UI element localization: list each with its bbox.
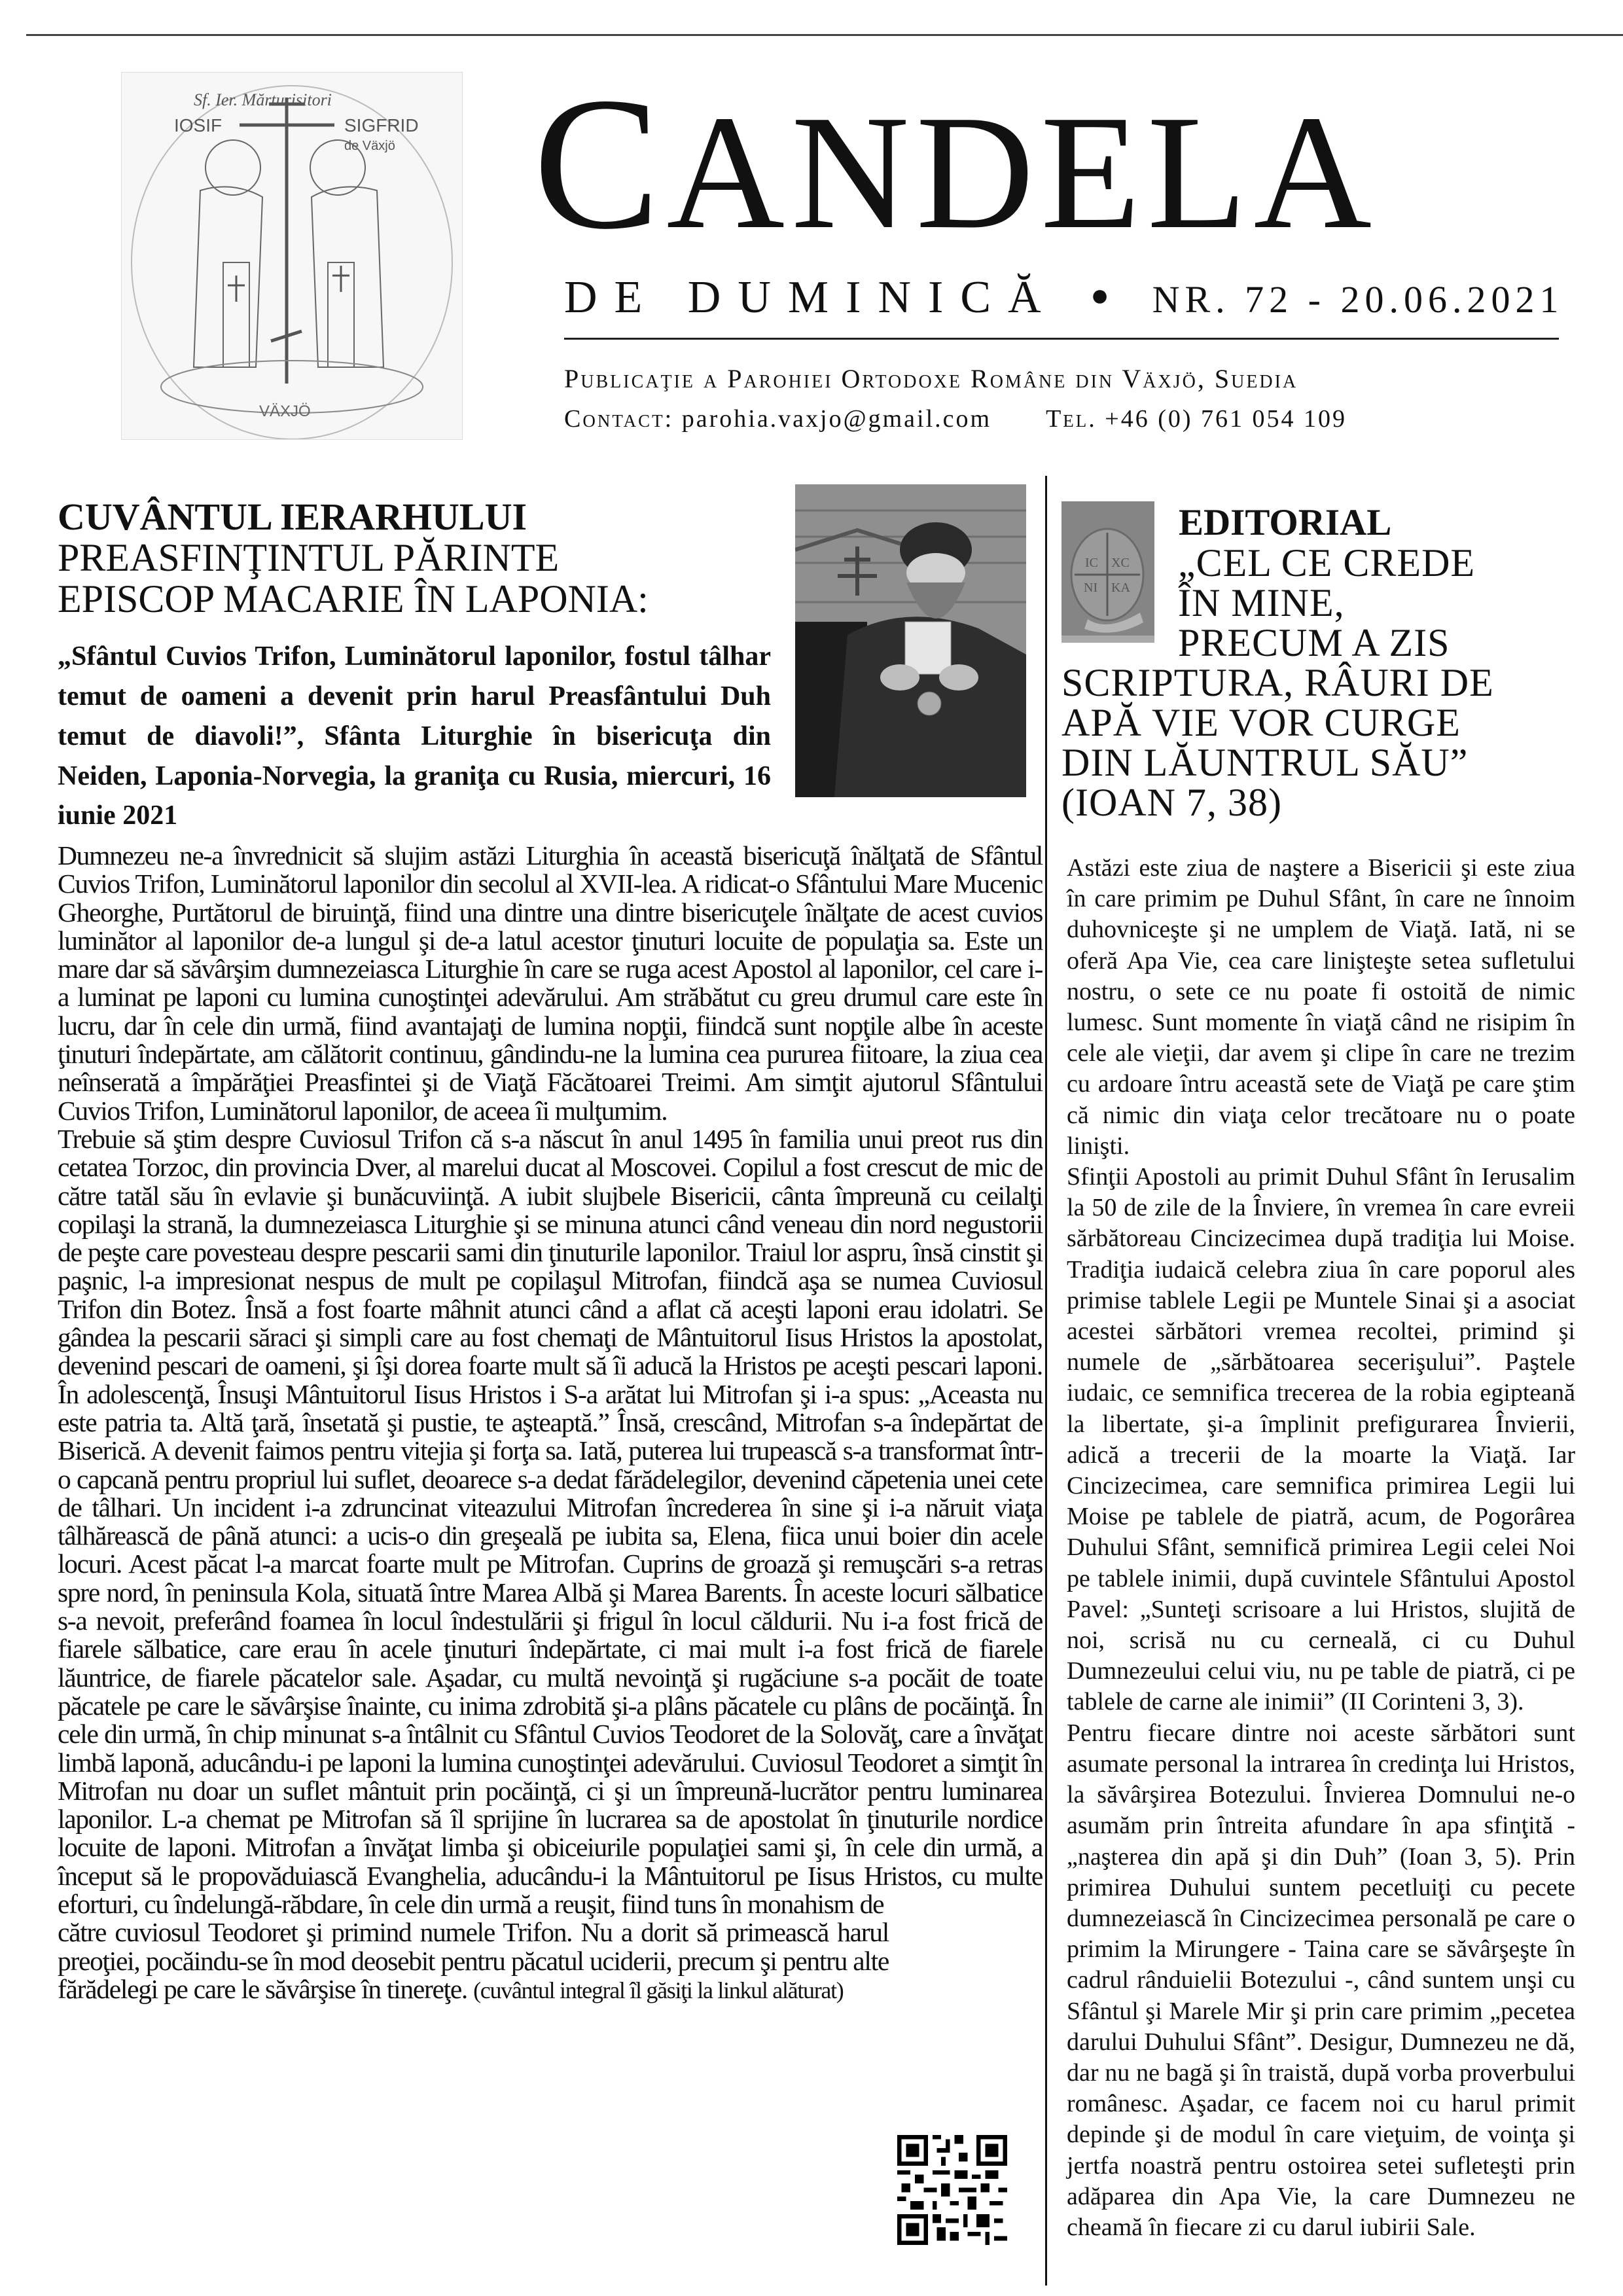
contact-label: Contact: — [564, 405, 673, 433]
editorial-title-line: „CEL CE CREDE — [1061, 543, 1578, 583]
paragraph: Dumnezeu ne-a învrednicit să slujim astă… — [58, 842, 1043, 1125]
editorial-title-line: ÎN MINE, — [1061, 583, 1578, 623]
bishop-portrait-icon — [795, 484, 1026, 797]
issue-number-date: NR. 72 - 20.06.2021 — [1152, 278, 1564, 321]
paragraph: Pentru fiecare dintre noi aceste sărbăto… — [1067, 1718, 1575, 2243]
svg-text:VÄXJÖ: VÄXJÖ — [259, 403, 311, 420]
editorial-title-line: SCRIPTURA, RÂURI DE — [1061, 663, 1578, 703]
editorial-title-line: APĂ VIE VOR CURGE — [1061, 703, 1578, 743]
saints-sketch-icon: Sf. Ier. Mărturisitori IOSIF SIGFRID de … — [122, 73, 462, 439]
contact-line: Contact: parohia.vaxjo@gmail.com Tel. +4… — [564, 404, 1572, 433]
article-subhead: „Sfântul Cuvios Trifon, Luminătorul lapo… — [58, 637, 771, 836]
top-rule — [26, 34, 1623, 36]
svg-text:IOSIF: IOSIF — [174, 115, 222, 135]
bishop-photo — [795, 484, 1026, 797]
editorial-body: Astăzi este ziua de naştere a Bisericii … — [1067, 853, 1575, 2243]
phone-label: Tel. — [1046, 405, 1097, 433]
publisher-line: Publicaţie a Parohiei Ortodoxe Române di… — [564, 363, 1572, 394]
paragraph: Trebuie să ştim despre Cuviosul Trifon c… — [58, 1125, 1043, 1918]
masthead-title: CANDELA — [533, 69, 1554, 259]
masthead-rule — [564, 338, 1559, 340]
svg-text:de Växjö: de Växjö — [344, 139, 395, 153]
read-more-note: (cuvântul integral îl găsiţi la linkul a… — [473, 1977, 843, 2003]
editorial-kicker: EDITORIAL — [1179, 504, 1391, 541]
svg-text:SIGFRID: SIGFRID — [344, 115, 419, 135]
svg-text:Sf. Ier. Mărturisitori: Sf. Ier. Mărturisitori — [194, 90, 332, 109]
editorial-title-line: DIN LĂUNTRUL SĂU” — [1061, 743, 1578, 783]
bullet-icon: ● — [1090, 278, 1109, 313]
hierarch-article-body: Dumnezeu ne-a învrednicit să slujim astă… — [58, 842, 1043, 2005]
paragraph: Sfinţii Apostoli au primit Duhul Sfânt î… — [1067, 1162, 1575, 1718]
column-divider — [1045, 476, 1047, 2286]
phone-number[interactable]: +46 (0) 761 054 109 — [1105, 405, 1347, 433]
editorial-title-line: PRECUM A ZIS — [1061, 623, 1578, 663]
saints-icon-drawing: Sf. Ier. Mărturisitori IOSIF SIGFRID de … — [121, 72, 463, 440]
masthead-subtitle: DE DUMINICĂ ● NR. 72 - 20.06.2021 — [564, 275, 1572, 321]
paragraph: Astăzi este ziua de naştere a Bisericii … — [1067, 853, 1575, 1162]
subtitle-text: DE DUMINICĂ — [564, 272, 1058, 323]
contact-email[interactable]: parohia.vaxjo@gmail.com — [682, 405, 991, 433]
qr-code-icon[interactable] — [897, 2135, 1008, 2245]
editorial-title-line: (IOAN 7, 38) — [1061, 783, 1578, 823]
article-tail: către cuviosul Teodoret şi primind numel… — [58, 1918, 889, 2005]
editorial-title: „CEL CE CREDE ÎN MINE, PRECUM A ZIS SCRI… — [1061, 543, 1578, 823]
